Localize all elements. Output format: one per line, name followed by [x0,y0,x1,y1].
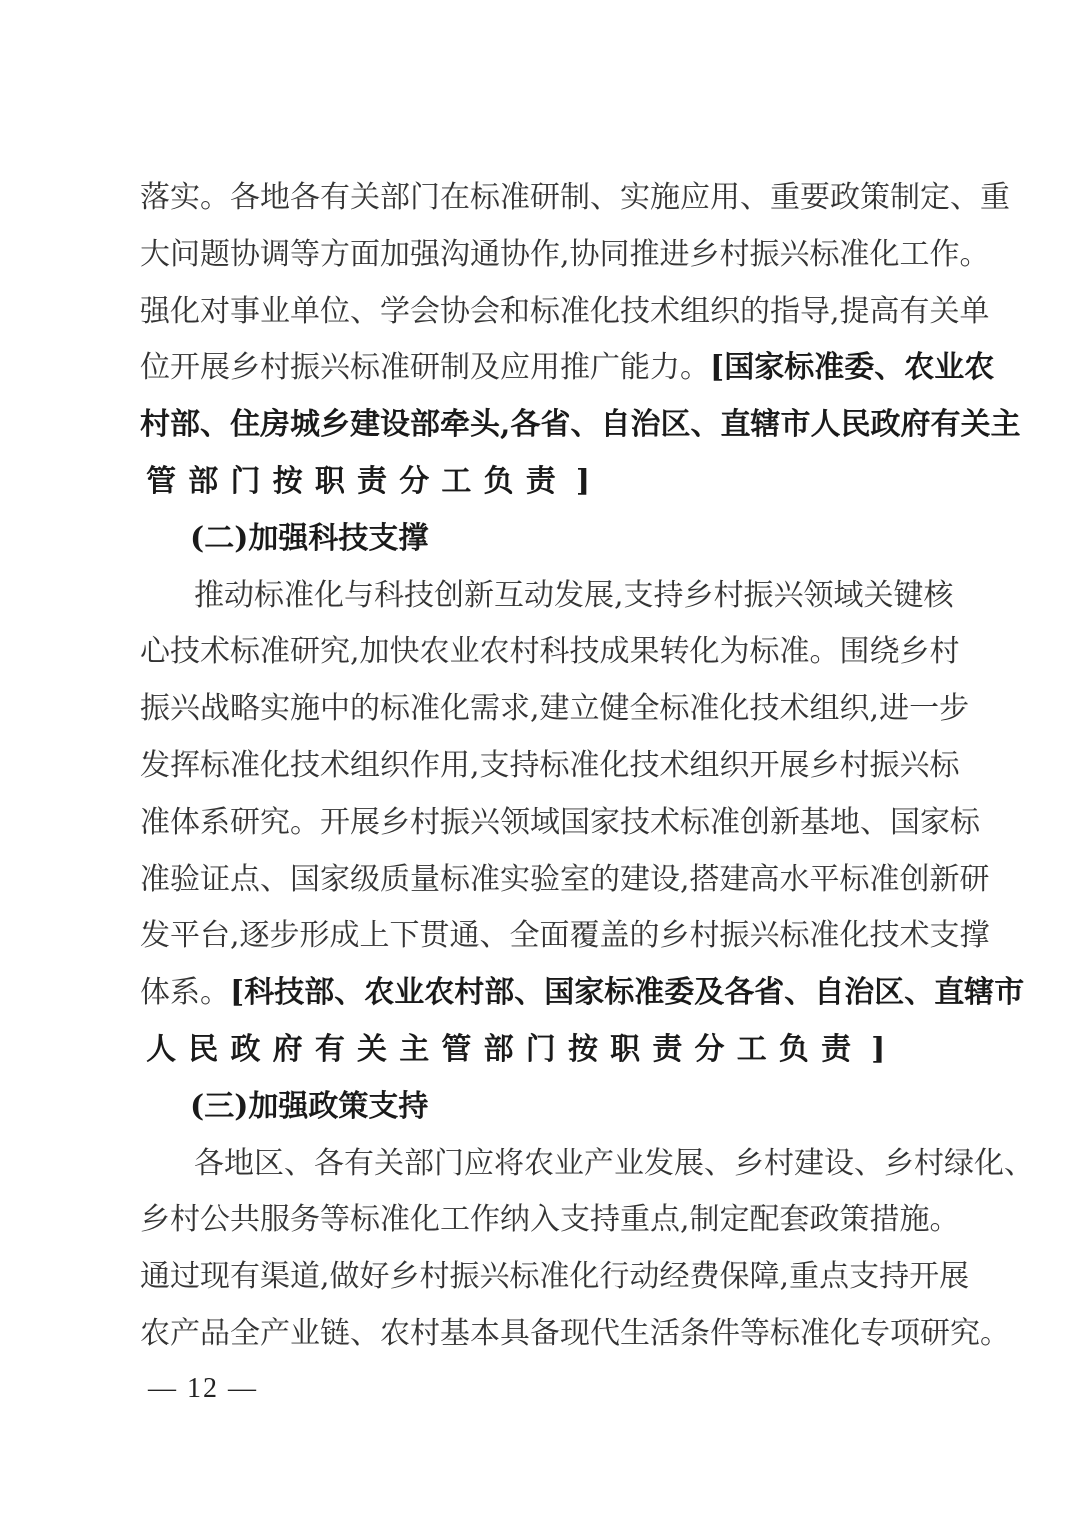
text-line: 农产品全产业链、农村基本具备现代生活条件等标准化专项研究。 [140,1310,942,1367]
text-line: 推动标准化与科技创新互动发展,支持乡村振兴领域关键核 [140,572,942,629]
document-page: 落实。各地各有关部门在标准研制、实施应用、重要政策制定、重大问题协调等方面加强沟… [140,174,942,1367]
text-line: 人民政府有关主管部门按职责分工负责] [140,1026,942,1083]
text-line: 发挥标准化技术组织作用,支持标准化技术组织开展乡村振兴标 [140,742,942,799]
text-line: 大问题协调等方面加强沟通协作,协同推进乡村振兴标准化工作。 [140,231,942,288]
body-paragraph: 落实。各地各有关部门在标准研制、实施应用、重要政策制定、重大问题协调等方面加强沟… [140,174,942,515]
section-heading: (三)加强政策支持 [140,1083,942,1140]
text-line: 强化对事业单位、学会协会和标准化技术组织的指导,提高有关单 [140,288,942,345]
text-line: 各地区、各有关部门应将农业产业发展、乡村建设、乡村绿化、 [140,1140,942,1197]
text-line: 通过现有渠道,做好乡村振兴标准化行动经费保障,重点支持开展 [140,1253,942,1310]
text-line: 体系。[科技部、农业农村部、国家标准委及各省、自治区、直辖市 [140,969,942,1026]
text-line: 位开展乡村振兴标准研制及应用推广能力。[国家标准委、农业农 [140,344,942,401]
text-line: 准验证点、国家级质量标准实验室的建设,搭建高水平标准创新研 [140,856,942,913]
section-heading: (二)加强科技支撑 [140,515,942,572]
text-line: 振兴战略实施中的标准化需求,建立健全标准化技术组织,进一步 [140,685,942,742]
text-line: 管部门按职责分工负责] [140,458,942,515]
page-number: — 12 — [148,1373,258,1405]
text-line: 准体系研究。开展乡村振兴领域国家技术标准创新基地、国家标 [140,799,942,856]
text-line: 心技术标准研究,加快农业农村科技成果转化为标准。围绕乡村 [140,628,942,685]
text-line: 村部、住房城乡建设部牵头,各省、自治区、直辖市人民政府有关主 [140,401,942,458]
text-line: 乡村公共服务等标准化工作纳入支持重点,制定配套政策措施。 [140,1196,942,1253]
text-line: 发平台,逐步形成上下贯通、全面覆盖的乡村振兴标准化技术支撑 [140,912,942,969]
text-line: 落实。各地各有关部门在标准研制、实施应用、重要政策制定、重 [140,174,942,231]
body-paragraph: 推动标准化与科技创新互动发展,支持乡村振兴领域关键核心技术标准研究,加快农业农村… [140,572,942,1083]
body-paragraph: 各地区、各有关部门应将农业产业发展、乡村建设、乡村绿化、乡村公共服务等标准化工作… [140,1140,942,1367]
